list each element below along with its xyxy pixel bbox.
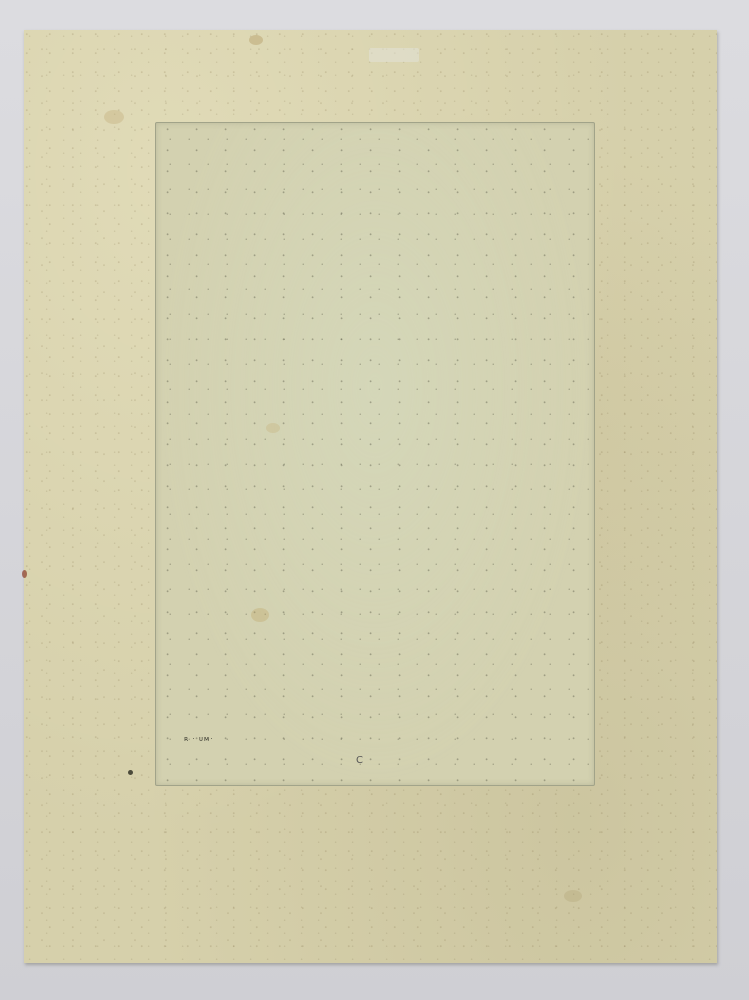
foxing-stain <box>266 423 280 433</box>
faded-label-patch <box>369 48 419 62</box>
foxing-stain <box>249 35 263 45</box>
foxing-stain <box>22 570 27 578</box>
foxing-stain <box>104 110 124 124</box>
paper-sheet: ʀ · ᴜᴍ· C <box>24 30 717 963</box>
foxing-stain <box>564 890 582 902</box>
plate-mark: ʀ · ᴜᴍ· C <box>155 122 595 786</box>
ink-spot <box>128 770 133 775</box>
plate-glyph: C <box>356 755 364 766</box>
inscription-text: ʀ · ᴜᴍ· <box>184 735 213 743</box>
foxing-stain <box>251 608 269 622</box>
